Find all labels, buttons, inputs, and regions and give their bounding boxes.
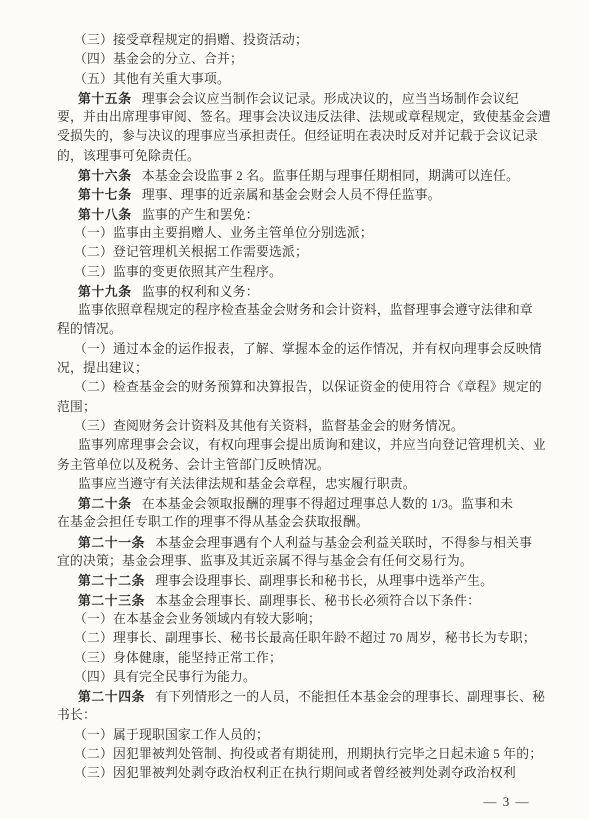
line-text: 书长： bbox=[57, 708, 96, 722]
line-text: （二）登记管理机关根据工作需要选派； bbox=[74, 245, 308, 259]
text-line: 监事依照章程规定的程序检查基金会财务和会计资料，监督理事会遵守法律和章 bbox=[57, 301, 532, 320]
line-text: （四）具有完全民事行为能力。 bbox=[74, 670, 256, 684]
article-number-label: 第二十一条 bbox=[78, 535, 145, 550]
text-line: （二）检查基金会的财务预算和决算报告，以保证资金的使用符合《章程》规定的 bbox=[57, 378, 532, 397]
line-text: 理事、理事的近亲属和基金会财会人员不得任监事。 bbox=[142, 188, 441, 202]
line-text: 监事应当遵守有关法律法规和基金会章程，忠实履行职责。 bbox=[78, 477, 416, 491]
line-text: 本基金会设监事 2 名。监事任期与理事任期相同，期满可以连任。 bbox=[142, 169, 519, 183]
article-line: 第二十四条有下列情形之一的人员，不能担任本基金会的理事长、副理事长、秘 bbox=[57, 687, 532, 706]
article-number-label: 第二十条 bbox=[78, 496, 132, 511]
text-line: 在基金会担任专职工作的理事不得从基金会获取报酬。 bbox=[57, 513, 532, 532]
line-text: （一）属于现职国家工作人员的； bbox=[74, 728, 269, 742]
text-line: （二）因犯罪被判处管制、拘役或者有期徒刑，刑期执行完毕之日起未逾 5 年的； bbox=[57, 745, 532, 764]
article-line: 第十五条理事会会议应当制作会议记录。形成决议的，应当当场制作会议纪 bbox=[57, 89, 532, 108]
text-line: （四）基金会的分立、合并； bbox=[57, 50, 532, 69]
line-text: 监事的权利和义务： bbox=[142, 285, 259, 299]
article-line: 第二十二条理事会设理事长、副理事长和秘书长，从理事中选举产生。 bbox=[57, 571, 532, 590]
text-line: （二）理事长、副理事长、秘书长最高任职年龄不超过 70 周岁，秘书长为专职； bbox=[57, 629, 532, 648]
line-text: 理事会会议应当制作会议记录。形成决议的，应当当场制作会议纪 bbox=[142, 92, 519, 106]
article-line: 第二十三条本基金会理事长、副理事长、秘书长必须符合以下条件： bbox=[57, 591, 532, 610]
line-text: 况，提出建议； bbox=[57, 361, 148, 375]
text-line: 要，并由出席理事审阅、签名。理事会决议违反法律、法规或章程规定，致使基金会遭 bbox=[57, 108, 532, 127]
article-number-label: 第十五条 bbox=[78, 91, 132, 106]
line-text: （四）基金会的分立、合并； bbox=[74, 52, 243, 66]
line-text: （五）其他有关重大事项。 bbox=[74, 72, 230, 86]
text-line: （一）监事由主要捐赠人、业务主管单位分别选派； bbox=[57, 224, 532, 243]
text-line: 务主管单位以及税务、会计主管部门反映情况。 bbox=[57, 456, 532, 475]
line-text: （三）因犯罪被判处剥夺政治权利正在执行期间或者曾经被判处剥夺政治权利 bbox=[74, 766, 516, 780]
line-text: 宜的决策；基金会理事、监事及其近亲属不得与基金会有任何交易行为。 bbox=[57, 554, 473, 568]
line-text: （二）因犯罪被判处管制、拘役或者有期徒刑，刑期执行完毕之日起未逾 5 年的； bbox=[74, 747, 542, 761]
text-line: （一）在本基金会业务领域内有较大影响； bbox=[57, 610, 532, 629]
text-line: 受损失的，参与决议的理事应当承担责任。但经证明在表决时反对并记载于会议记录 bbox=[57, 127, 532, 146]
line-text: 务主管单位以及税务、会计主管部门反映情况。 bbox=[57, 458, 330, 472]
text-line: 书长： bbox=[57, 706, 532, 725]
line-text: 在基金会担任专职工作的理事不得从基金会获取报酬。 bbox=[57, 515, 369, 529]
article-number-label: 第十九条 bbox=[78, 284, 132, 299]
text-line: 范围； bbox=[57, 398, 532, 417]
article-line: 第十六条本基金会设监事 2 名。监事任期与理事任期相同，期满可以连任。 bbox=[57, 166, 532, 185]
line-text: 理事会设理事长、副理事长和秘书长，从理事中选举产生。 bbox=[155, 574, 493, 588]
line-text: 本基金会理事长、副理事长、秘书长必须符合以下条件： bbox=[155, 594, 480, 608]
text-line: （三）身体健康，能坚持正常工作； bbox=[57, 649, 532, 668]
article-number-label: 第十七条 bbox=[78, 187, 132, 202]
page-number: — 3 — bbox=[57, 794, 532, 810]
line-text: 在本基金会领取报酬的理事不得超过理事总人数的 1/3。监事和未 bbox=[142, 497, 513, 511]
text-line: （四）具有完全民事行为能力。 bbox=[57, 668, 532, 687]
document-body: （三）接受章程规定的捐赠、投资活动； （四）基金会的分立、合并； （五）其他有关… bbox=[57, 31, 532, 784]
text-line: （三）监事的变更依照其产生程序。 bbox=[57, 263, 532, 282]
article-number-label: 第二十四条 bbox=[78, 689, 145, 704]
text-line: （一）属于现职国家工作人员的； bbox=[57, 726, 532, 745]
text-line: （二）登记管理机关根据工作需要选派； bbox=[57, 243, 532, 262]
text-line: 宜的决策；基金会理事、监事及其近亲属不得与基金会有任何交易行为。 bbox=[57, 552, 532, 571]
line-text: 本基金会理事遇有个人利益与基金会利益关联时，不得参与相关事 bbox=[155, 536, 532, 550]
text-line: （一）通过本金的运作报表，了解、掌握本金的运作情况，并有权向理事会反映情 bbox=[57, 340, 532, 359]
article-number-label: 第十八条 bbox=[78, 207, 132, 222]
text-line: （三）接受章程规定的捐赠、投资活动； bbox=[57, 31, 532, 50]
article-line: 第十八条监事的产生和罢免： bbox=[57, 205, 532, 224]
text-line: 的，该理事可免除责任。 bbox=[57, 147, 532, 166]
article-line: 第十九条监事的权利和义务： bbox=[57, 282, 532, 301]
line-text: 程的情况。 bbox=[57, 322, 122, 336]
article-line: 第二十一条本基金会理事遇有个人利益与基金会利益关联时，不得参与相关事 bbox=[57, 533, 532, 552]
line-text: 的，该理事可免除责任。 bbox=[57, 149, 200, 163]
line-text: （三）身体健康，能坚持正常工作； bbox=[74, 651, 282, 665]
text-line: （三）因犯罪被判处剥夺政治权利正在执行期间或者曾经被判处剥夺政治权利 bbox=[57, 764, 532, 783]
article-number-label: 第十六条 bbox=[78, 168, 132, 183]
line-text: （一）在本基金会业务领域内有较大影响； bbox=[74, 612, 321, 626]
line-text: （三）接受章程规定的捐赠、投资活动； bbox=[74, 33, 308, 47]
document-page: （三）接受章程规定的捐赠、投资活动； （四）基金会的分立、合并； （五）其他有关… bbox=[0, 0, 589, 819]
text-line: 程的情况。 bbox=[57, 320, 532, 339]
line-text: 要，并由出席理事审阅、签名。理事会决议违反法律、法规或章程规定，致使基金会遭 bbox=[57, 110, 551, 124]
line-text: 监事列席理事会会议，有权向理事会提出质询和建议，并应当向登记管理机关、业 bbox=[78, 438, 546, 452]
article-number-label: 第二十三条 bbox=[78, 593, 145, 608]
article-line: 第十七条理事、理事的近亲属和基金会财会人员不得任监事。 bbox=[57, 185, 532, 204]
line-text: 监事依照章程规定的程序检查基金会财务和会计资料，监督理事会遵守法律和章 bbox=[78, 303, 533, 317]
line-text: （二）检查基金会的财务预算和决算报告，以保证资金的使用符合《章程》规定的 bbox=[74, 380, 542, 394]
line-text: （一）监事由主要捐赠人、业务主管单位分别选派； bbox=[74, 226, 373, 240]
text-line: （五）其他有关重大事项。 bbox=[57, 70, 532, 89]
article-number-label: 第二十二条 bbox=[78, 573, 145, 588]
line-text: 监事的产生和罢免： bbox=[142, 208, 259, 222]
text-line: 监事应当遵守有关法律法规和基金会章程，忠实履行职责。 bbox=[57, 475, 532, 494]
line-text: （三）监事的变更依照其产生程序。 bbox=[74, 265, 282, 279]
line-text: 有下列情形之一的人员，不能担任本基金会的理事长、副理事长、秘 bbox=[155, 690, 545, 704]
text-line: （三）查阅财务会计资料及其他有关资料，监督基金会的财务情况。 bbox=[57, 417, 532, 436]
line-text: 范围； bbox=[57, 400, 96, 414]
line-text: （一）通过本金的运作报表，了解、掌握本金的运作情况，并有权向理事会反映情 bbox=[74, 342, 542, 356]
line-text: （二）理事长、副理事长、秘书长最高任职年龄不超过 70 周岁，秘书长为专职； bbox=[74, 631, 536, 645]
article-line: 第二十条在本基金会领取报酬的理事不得超过理事总人数的 1/3。监事和未 bbox=[57, 494, 532, 513]
text-line: 况，提出建议； bbox=[57, 359, 532, 378]
line-text: （三）查阅财务会计资料及其他有关资料，监督基金会的财务情况。 bbox=[74, 419, 464, 433]
text-line: 监事列席理事会会议，有权向理事会提出质询和建议，并应当向登记管理机关、业 bbox=[57, 436, 532, 455]
line-text: 受损失的，参与决议的理事应当承担责任。但经证明在表决时反对并记载于会议记录 bbox=[57, 129, 538, 143]
